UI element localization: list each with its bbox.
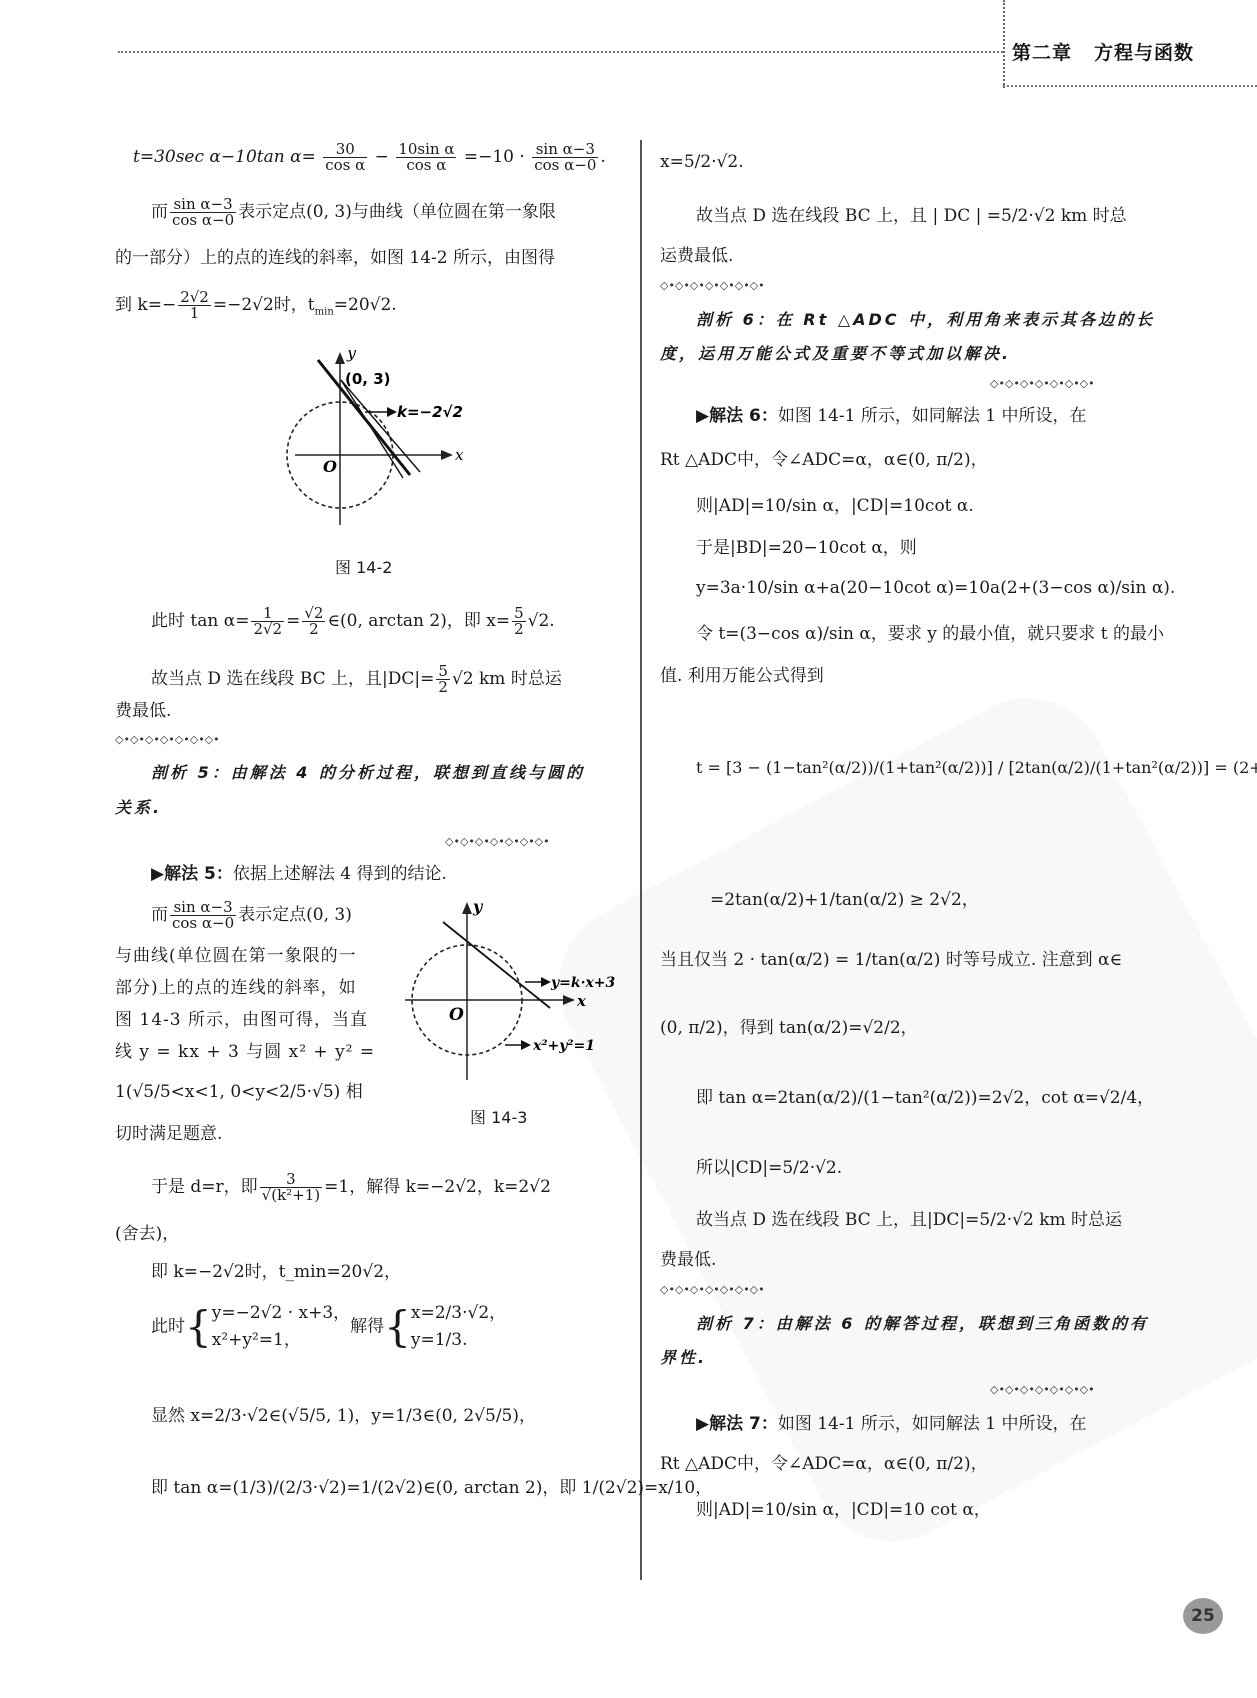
paragraph-line: =2tan(α/2)+1/tan(α/2) ≥ 2√2， — [710, 892, 979, 909]
analysis-5: 剖析 5：由解法 4 的分析过程，联想到直线与圆的 — [151, 765, 585, 781]
paragraph-line: 显然 x=2/3·√2∈(√5/5, 1)，y=1/3∈(0, 2√5/5)， — [151, 1408, 536, 1425]
analysis-6: 剖析 6：在 Rt △ADC 中，利用角来表示其各边的长 — [696, 312, 1155, 328]
svg-text:y: y — [472, 900, 484, 916]
paragraph-line: Rt △ADC中，令∠ADC=α，α∈(0, π/2)， — [660, 452, 988, 469]
paragraph-line: (0, π/2)，得到 tan(α/2)=√2/2， — [660, 1020, 918, 1037]
paragraph-line: 与曲线(单位圆在第一象限的一 — [115, 948, 357, 965]
header-underline — [1003, 85, 1257, 87]
method-5-heading: ▶解法 5：依据上述解法 4 得到的结论. — [151, 866, 447, 883]
paragraph-line: 所以|CD|=5/2·√2. — [696, 1160, 842, 1177]
paragraph-line: 则|AD|=10/sin α，|CD|=10cot α. — [696, 498, 974, 515]
ornament-divider: ◇•◇•◇•◇•◇•◇•◇• — [445, 836, 550, 847]
equation-universal-formula: t = [3 − (1−tan²(α/2))/(1+tan²(α/2))] / … — [696, 760, 1257, 776]
equation-t: t=30sec α−10tan α= 30cos α − 10sin αcos … — [133, 142, 606, 173]
paragraph-line: 值. 利用万能公式得到 — [660, 668, 824, 685]
svg-text:y: y — [346, 350, 357, 362]
paragraph-line: Rt △ADC中，令∠ADC=α，α∈(0, π/2)， — [660, 1456, 988, 1473]
figure-caption: 图 14-3 — [470, 1110, 527, 1126]
paragraph-line: 费最低. — [660, 1252, 716, 1269]
equation-system: 此时{y=−2√2 · x+3，x²+y²=1，解得{x=2/3·√2，y=1/… — [151, 1300, 506, 1354]
svg-text:x: x — [576, 992, 587, 1010]
method-6-heading: ▶解法 6：如图 14-1 所示，如同解法 1 中所设，在 — [696, 408, 1086, 425]
paragraph-line: 运费最低. — [660, 248, 733, 265]
fraction: sin α−3cos α−0 — [532, 142, 598, 173]
paragraph-line: 故当点 D 选在线段 BC 上，且 | DC | =5/2·√2 km 时总 — [696, 208, 1127, 225]
paragraph-line: 当且仅当 2 · tan(α/2) = 1/tan(α/2) 时等号成立. 注意… — [660, 952, 1122, 969]
paragraph-line: x=5/2·√2. — [660, 154, 744, 171]
chapter-heading: 第二章方程与函数 — [1012, 38, 1194, 65]
paragraph-line: 费最低. — [115, 703, 171, 720]
method-7-heading: ▶解法 7：如图 14-1 所示，如同解法 1 中所设，在 — [696, 1416, 1086, 1433]
paragraph-line: 令 t=(3−cos α)/sin α，要求 y 的最小值，就只要求 t 的最小 — [696, 626, 1164, 643]
chapter-number: 第二章 — [1012, 42, 1072, 64]
analysis-5-cont: 关系. — [115, 800, 162, 816]
svg-text:x: x — [455, 446, 464, 464]
header-rule — [118, 51, 1003, 53]
analysis-6-cont: 度，运用万能公式及重要不等式加以解决. — [660, 346, 1011, 362]
paragraph-line: 图 14-3 所示，由图可得，当直 — [115, 1012, 368, 1029]
paragraph-line: 而sin α−3cos α−0表示定点(0, 3)与曲线（单位圆在第一象限 — [151, 197, 556, 228]
paragraph-line: 1(√5/5<x<1, 0<y<2/5·√5) 相 — [115, 1084, 363, 1101]
svg-text:y=k·x+3: y=k·x+3 — [550, 975, 616, 991]
page-number-badge: 25 — [1183, 1598, 1223, 1634]
paragraph-line: 即 tan α=(1/3)/(2/3·√2)=1/(2√2)∈(0, arcta… — [151, 1480, 712, 1497]
analysis-7-cont: 界性. — [660, 1350, 707, 1366]
fraction: 10sin αcos α — [396, 142, 456, 173]
svg-text:O: O — [323, 457, 337, 476]
analysis-7: 剖析 7：由解法 6 的解答过程，联想到三角函数的有 — [696, 1316, 1149, 1332]
header-divider — [1003, 0, 1005, 88]
svg-text:k=−2√2: k=−2√2 — [397, 403, 463, 421]
figure-14-2: y (0, 3) k=−2√2 x O — [275, 350, 475, 530]
paragraph-line: 于是|BD|=20−10cot α，则 — [696, 540, 917, 557]
paragraph-line: 故当点 D 选在线段 BC 上，且|DC|=5/2·√2 km 时总运 — [696, 1212, 1122, 1229]
figure-caption: 图 14-2 — [335, 560, 392, 576]
ornament-divider: ◇•◇•◇•◇•◇•◇•◇• — [990, 378, 1095, 389]
paragraph-line: y=3a·10/sin α+a(20−10cot α)=10a(2+(3−cos… — [696, 580, 1175, 597]
paragraph-line: 部分)上的点的连线的斜率，如 — [115, 980, 357, 997]
paragraph-line: 到 k=−2√21=−2√2时，tmin=20√2. — [115, 290, 397, 321]
paragraph-line: 此时 tan α=12√2=√22∈(0, arctan 2)，即 x=52√2… — [151, 606, 555, 637]
svg-text:x²+y²=1: x²+y²=1 — [532, 1038, 595, 1054]
paragraph-line: 于是 d=r，即3√(k²+1)=1，解得 k=−2√2，k=2√2 — [151, 1172, 551, 1203]
ornament-divider: ◇•◇•◇•◇•◇•◇•◇• — [990, 1384, 1095, 1395]
paragraph-line: 故当点 D 选在线段 BC 上，且|DC|=52√2 km 时总运 — [151, 664, 562, 695]
paragraph-line: 即 k=−2√2时，t_min=20√2， — [151, 1264, 401, 1281]
paragraph-line: 即 tan α=2tan(α/2)/(1−tan²(α/2))=2√2，cot … — [696, 1090, 1154, 1107]
paragraph-line: 切时满足题意. — [115, 1126, 222, 1143]
ornament-divider: ◇•◇•◇•◇•◇•◇•◇• — [660, 280, 765, 291]
ornament-divider: ◇•◇•◇•◇•◇•◇•◇• — [660, 1284, 765, 1295]
figure-14-3: y y=k·x+3 x O x²+y²=1 — [405, 900, 625, 1080]
paragraph-line: 线 y = kx + 3 与圆 x² + y² = — [115, 1044, 375, 1061]
paragraph-line: (舍去)， — [115, 1226, 179, 1243]
paragraph-line: 的一部分）上的点的连线的斜率，如图 14-2 所示，由图得 — [115, 250, 555, 267]
column-divider — [640, 140, 642, 1580]
fraction: 30cos α — [323, 142, 367, 173]
paragraph-line: 而sin α−3cos α−0表示定点(0, 3) — [151, 900, 352, 931]
ornament-divider: ◇•◇•◇•◇•◇•◇•◇• — [115, 734, 220, 745]
svg-text:(0, 3): (0, 3) — [345, 370, 391, 388]
paragraph-line: 则|AD|=10/sin α，|CD|=10 cot α， — [696, 1502, 991, 1519]
chapter-title: 方程与函数 — [1094, 42, 1194, 64]
svg-text:O: O — [449, 1005, 464, 1025]
